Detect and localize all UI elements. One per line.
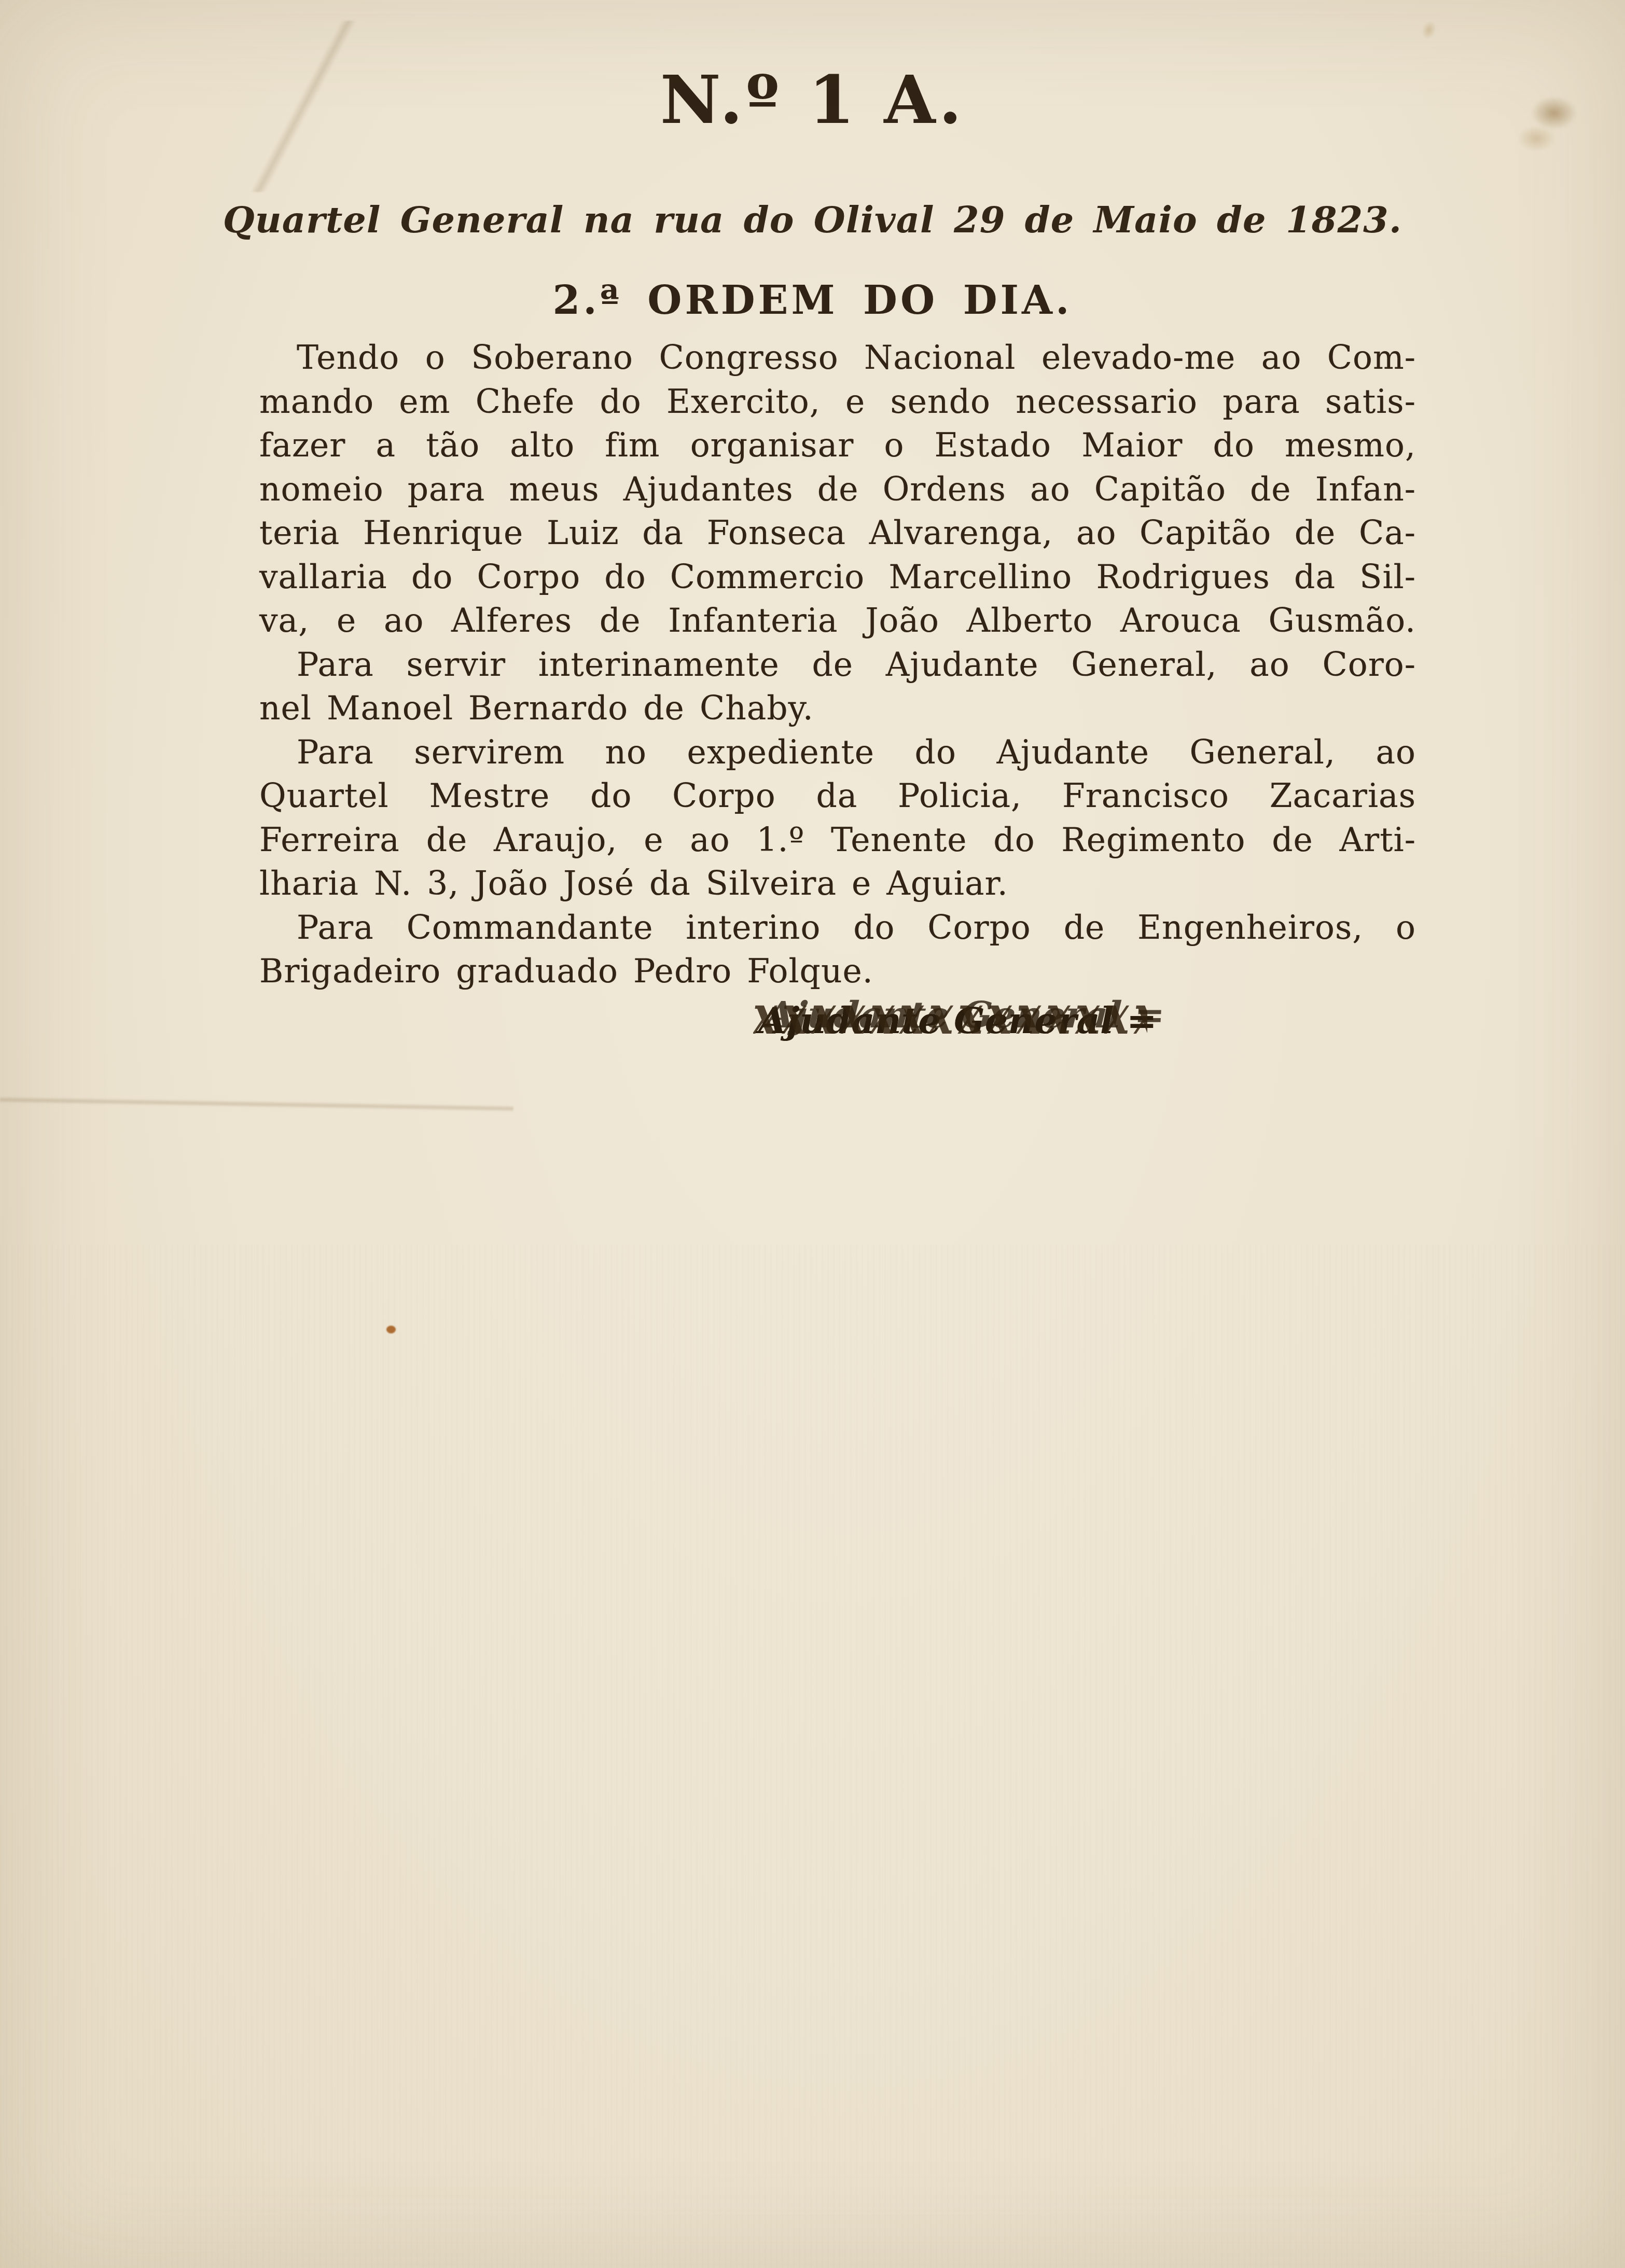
body-line: nel Manoel Bernardo de Chaby. bbox=[259, 687, 1416, 731]
body-line: Tendo o Soberano Congresso Nacional elev… bbox=[259, 336, 1416, 380]
body-line: fazer a tão alto fim organisar o Estado … bbox=[259, 424, 1416, 468]
body-line: Para servir interinamente de Ajudante Ge… bbox=[259, 643, 1416, 687]
body-line: mando em Chefe do Exercito, e sendo nece… bbox=[259, 380, 1416, 424]
body-line: teria Henrique Luiz da Fonseca Alvarenga… bbox=[259, 511, 1416, 555]
body-line: vallaria do Corpo do Commercio Marcellin… bbox=[259, 555, 1416, 600]
paper-stain bbox=[1420, 19, 1439, 41]
paper-fibre-texture bbox=[0, 1245, 1625, 2268]
signature-overprint: Ajudante General = Ajudante General = xx… bbox=[758, 989, 1225, 1082]
body-line: nomeio para meus Ajudantes de Ordens ao … bbox=[259, 468, 1416, 512]
body-line: Para Commandante interino do Corpo de En… bbox=[259, 906, 1416, 950]
order-body-text: Tendo o Soberano Congresso Nacional elev… bbox=[259, 336, 1416, 994]
body-line: va, e ao Alferes de Infanteria João Albe… bbox=[259, 599, 1416, 643]
body-line: Quartel Mestre do Corpo da Policia, Fran… bbox=[259, 774, 1416, 818]
body-line: lharia N. 3, João José da Silveira e Agu… bbox=[259, 862, 1416, 906]
paper-fold-crease bbox=[0, 1078, 514, 1130]
body-line: Ferreira de Araujo, e ao 1.º Tenente do … bbox=[259, 818, 1416, 862]
order-of-day-heading: 2.ª ORDEM DO DIA. bbox=[0, 277, 1625, 323]
paper-sheet: N.º 1 A. Quartel General na rua do Oliva… bbox=[0, 0, 1625, 2268]
dateline: Quartel General na rua do Olival 29 de M… bbox=[0, 198, 1625, 241]
scanned-document-page: { "page": { "paper_color": "#ece3d0", "i… bbox=[0, 0, 1625, 2268]
signature-strikeout: xxxxxxxxxxxxxx bbox=[753, 983, 1147, 1047]
body-line: Para servirem no expediente do Ajudante … bbox=[259, 731, 1416, 775]
document-number-heading: N.º 1 A. bbox=[0, 61, 1625, 139]
